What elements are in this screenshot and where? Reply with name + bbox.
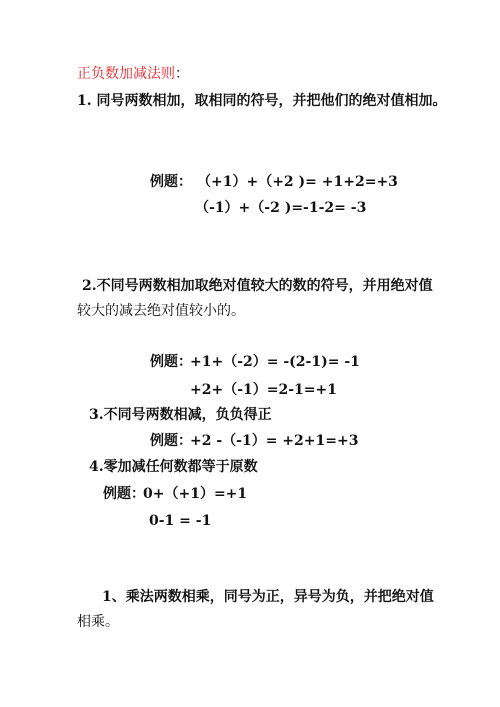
- rule-2-example-2: +2+（-1）=2-1=+1: [190, 381, 337, 399]
- rule-4-example-1: 0+（+1）=+1: [143, 485, 247, 503]
- rule-1-example-2: （-1）+（-2 )=-1-2= -3: [195, 199, 366, 217]
- rule-4-example-label: 例题：: [103, 485, 145, 503]
- multiplication-rule-line2: 相乘。: [77, 613, 119, 631]
- title-text: 正负数加减法则: [77, 66, 175, 82]
- rule-2-example-1: +1+（-2）= -(2-1)= -1: [190, 353, 360, 371]
- rule-4-heading: 4.零加减任何数都等于原数: [89, 458, 258, 476]
- rule-3-example-label: 例题：: [150, 432, 192, 450]
- rule-1-example-label: 例题：: [150, 173, 192, 191]
- section-title: 正负数加减法则：: [77, 65, 189, 83]
- title-colon: ：: [175, 66, 189, 82]
- rule-4-example-2: 0-1 = -1: [149, 512, 211, 530]
- rule-1-heading: 1. 同号两数相加，取相同的符号，并把他们的绝对值相加。: [77, 92, 447, 110]
- rule-1-example-1: （+1）+（+2 )= +1+2=+3: [197, 173, 398, 191]
- rule-2-heading-line2: 较大的减去绝对值较小的。: [77, 302, 245, 320]
- multiplication-rule-line1: 1、乘法两数相乘，同号为正，异号为负，并把绝对值: [102, 588, 434, 606]
- rule-3-heading: 3.不同号两数相减，负负得正: [89, 406, 272, 424]
- rule-2-example-label: 例题：: [150, 353, 192, 371]
- rule-2-heading-line1: 2.不同号两数相加取绝对值较大的数的符号，并用绝对值: [82, 277, 433, 295]
- rule-3-example-1: +2 -（-1）= +2+1=+3: [190, 432, 358, 450]
